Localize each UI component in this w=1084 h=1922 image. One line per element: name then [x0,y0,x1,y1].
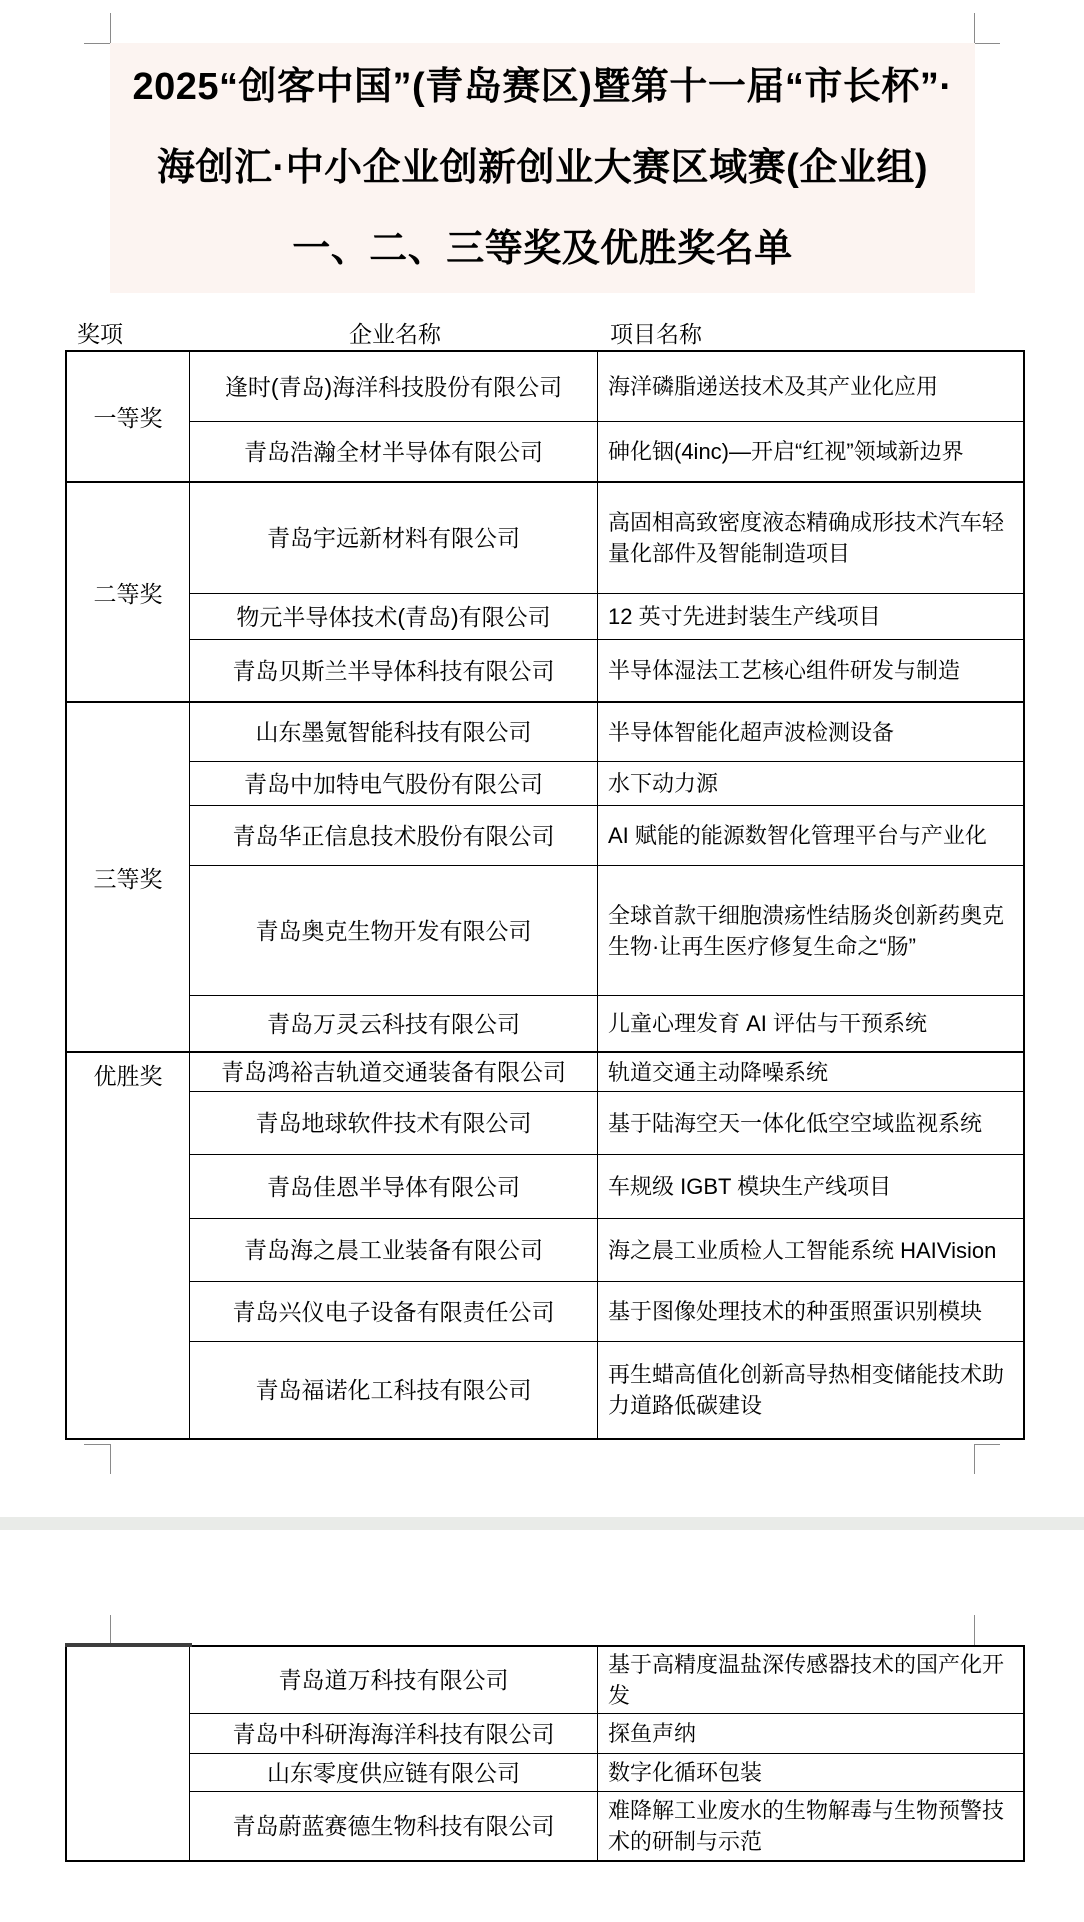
crop-mark-p1-top-right-v [974,13,975,43]
table-row: 青岛万灵云科技有限公司儿童心理发育 AI 评估与干预系统 [190,995,1023,1051]
award-group: 二等奖青岛宇远新材料有限公司高固相高致密度液态精确成形技术汽车轻量化部件及智能制… [67,481,1023,701]
project-cell: 基于高精度温盐深传感器技术的国产化开发 [598,1647,1023,1713]
table-row: 青岛兴仪电子设备有限责任公司基于图像处理技术的种蛋照蛋识别模块 [190,1281,1023,1341]
table-row: 青岛道万科技有限公司基于高精度温盐深传感器技术的国产化开发 [190,1647,1023,1713]
table-row: 青岛海之晨工业装备有限公司海之晨工业质检人工智能系统 HAIVision [190,1218,1023,1281]
project-cell: 车规级 IGBT 模块生产线项目 [598,1155,1023,1218]
company-cell: 逢时(青岛)海洋科技股份有限公司 [190,352,598,421]
project-cell: 水下动力源 [598,762,1023,805]
company-cell: 山东零度供应链有限公司 [190,1754,598,1791]
award-group-rows: 逢时(青岛)海洋科技股份有限公司海洋磷脂递送技术及其产业化应用青岛浩瀚全材半导体… [190,352,1023,481]
table-row: 青岛宇远新材料有限公司高固相高致密度液态精确成形技术汽车轻量化部件及智能制造项目 [190,483,1023,593]
project-cell: 数字化循环包装 [598,1754,1023,1791]
column-header-award: 奖项 [65,318,190,350]
project-cell: 儿童心理发育 AI 评估与干预系统 [598,996,1023,1051]
project-cell: 轨道交通主动降噪系统 [598,1053,1023,1091]
table-row: 青岛鸿裕吉轨道交通装备有限公司轨道交通主动降噪系统 [190,1053,1023,1091]
award-group-rows: 青岛鸿裕吉轨道交通装备有限公司轨道交通主动降噪系统青岛地球软件技术有限公司基于陆… [190,1053,1023,1438]
company-cell: 青岛宇远新材料有限公司 [190,483,598,593]
project-cell: 再生蜡高值化创新高导热相变储能技术助力道路低碳建设 [598,1342,1023,1438]
company-cell: 青岛浩瀚全材半导体有限公司 [190,422,598,481]
table-row: 青岛浩瀚全材半导体有限公司砷化铟(4inc)—开启“红视”领域新边界 [190,421,1023,481]
project-cell: 半导体湿法工艺核心组件研发与制造 [598,640,1023,701]
company-cell: 青岛中加特电气股份有限公司 [190,762,598,805]
company-cell: 青岛福诺化工科技有限公司 [190,1342,598,1438]
table-continuation-border-stub [65,1643,192,1647]
table-row: 逢时(青岛)海洋科技股份有限公司海洋磷脂递送技术及其产业化应用 [190,352,1023,421]
company-cell: 青岛兴仪电子设备有限责任公司 [190,1282,598,1341]
table-row: 山东墨氪智能科技有限公司半导体智能化超声波检测设备 [190,703,1023,761]
awards-table-page2: 青岛道万科技有限公司基于高精度温盐深传感器技术的国产化开发青岛中科研海海洋科技有… [65,1645,1025,1862]
crop-mark-p1-top-left-h [84,43,110,44]
title-line-1: 2025“创客中国”(青岛赛区)暨第十一届“市长杯”· [110,47,975,128]
table-row: 物元半导体技术(青岛)有限公司12 英寸先进封装生产线项目 [190,593,1023,639]
crop-mark-p1-bottom-right-h [974,1444,1000,1445]
crop-mark-p1-bottom-left-v [110,1444,111,1474]
company-cell: 物元半导体技术(青岛)有限公司 [190,594,598,639]
company-cell: 青岛地球软件技术有限公司 [190,1092,598,1154]
company-cell: 青岛华正信息技术股份有限公司 [190,806,598,865]
table-row: 山东零度供应链有限公司数字化循环包装 [190,1753,1023,1791]
project-cell: 基于陆海空天一体化低空空域监视系统 [598,1092,1023,1154]
project-cell: 全球首款干细胞溃疡性结肠炎创新药奥克生物·让再生医疗修复生命之“肠” [598,866,1023,995]
table-row: 青岛地球软件技术有限公司基于陆海空天一体化低空空域监视系统 [190,1091,1023,1154]
award-label-cell: 二等奖 [67,483,190,701]
column-header-company: 企业名称 [190,318,600,350]
title-line-3: 一、二、三等奖及优胜奖名单 [110,209,975,290]
table-row: 青岛中加特电气股份有限公司水下动力源 [190,761,1023,805]
company-cell: 青岛万灵云科技有限公司 [190,996,598,1051]
project-cell: 半导体智能化超声波检测设备 [598,703,1023,761]
company-cell: 青岛道万科技有限公司 [190,1647,598,1713]
column-header-project: 项目名称 [600,318,1025,350]
company-cell: 山东墨氪智能科技有限公司 [190,703,598,761]
award-group: 优胜奖青岛鸿裕吉轨道交通装备有限公司轨道交通主动降噪系统青岛地球软件技术有限公司… [67,1051,1023,1438]
award-group-rows: 山东墨氪智能科技有限公司半导体智能化超声波检测设备青岛中加特电气股份有限公司水下… [190,703,1023,1051]
company-cell: 青岛中科研海海洋科技有限公司 [190,1714,598,1753]
crop-mark-p2-top-right-v [974,1615,975,1645]
awards-table-page1: 一等奖逢时(青岛)海洋科技股份有限公司海洋磷脂递送技术及其产业化应用青岛浩瀚全材… [65,350,1025,1440]
project-cell: 海洋磷脂递送技术及其产业化应用 [598,352,1023,421]
crop-mark-p1-top-right-h [974,43,1000,44]
table-row: 青岛奥克生物开发有限公司全球首款干细胞溃疡性结肠炎创新药奥克生物·让再生医疗修复… [190,865,1023,995]
column-header-row: 奖项 企业名称 项目名称 [65,318,1025,350]
award-group: 青岛道万科技有限公司基于高精度温盐深传感器技术的国产化开发青岛中科研海海洋科技有… [67,1647,1023,1860]
document-page: 2025“创客中国”(青岛赛区)暨第十一届“市长杯”· 海创汇·中小企业创新创业… [0,0,1084,1922]
title-line-2: 海创汇·中小企业创新创业大赛区域赛(企业组) [110,128,975,209]
crop-mark-p1-top-left-v [110,13,111,43]
award-group-rows: 青岛道万科技有限公司基于高精度温盐深传感器技术的国产化开发青岛中科研海海洋科技有… [190,1647,1023,1860]
award-label-cell [67,1647,190,1860]
company-cell: 青岛贝斯兰半导体科技有限公司 [190,640,598,701]
project-cell: 难降解工业废水的生物解毒与生物预警技术的研制与示范 [598,1792,1023,1860]
table-row: 青岛佳恩半导体有限公司车规级 IGBT 模块生产线项目 [190,1154,1023,1218]
table-row: 青岛蔚蓝赛德生物科技有限公司难降解工业废水的生物解毒与生物预警技术的研制与示范 [190,1791,1023,1860]
crop-mark-p1-bottom-left-h [84,1444,110,1445]
project-cell: 基于图像处理技术的种蛋照蛋识别模块 [598,1282,1023,1341]
project-cell: 砷化铟(4inc)—开启“红视”领域新边界 [598,422,1023,481]
company-cell: 青岛奥克生物开发有限公司 [190,866,598,995]
project-cell: 海之晨工业质检人工智能系统 HAIVision [598,1219,1023,1281]
page-separator-band [0,1517,1084,1530]
crop-mark-p2-top-left-v [110,1615,111,1645]
title-block: 2025“创客中国”(青岛赛区)暨第十一届“市长杯”· 海创汇·中小企业创新创业… [110,43,975,293]
award-group: 一等奖逢时(青岛)海洋科技股份有限公司海洋磷脂递送技术及其产业化应用青岛浩瀚全材… [67,352,1023,481]
project-cell: 探鱼声纳 [598,1714,1023,1753]
company-cell: 青岛鸿裕吉轨道交通装备有限公司 [190,1053,598,1091]
award-label-cell: 一等奖 [67,352,190,481]
table-row: 青岛华正信息技术股份有限公司AI 赋能的能源数智化管理平台与产业化 [190,805,1023,865]
table-row: 青岛贝斯兰半导体科技有限公司半导体湿法工艺核心组件研发与制造 [190,639,1023,701]
company-cell: 青岛佳恩半导体有限公司 [190,1155,598,1218]
table-row: 青岛福诺化工科技有限公司再生蜡高值化创新高导热相变储能技术助力道路低碳建设 [190,1341,1023,1438]
award-group-rows: 青岛宇远新材料有限公司高固相高致密度液态精确成形技术汽车轻量化部件及智能制造项目… [190,483,1023,701]
table-row: 青岛中科研海海洋科技有限公司探鱼声纳 [190,1713,1023,1753]
crop-mark-p1-bottom-right-v [974,1444,975,1474]
project-cell: 12 英寸先进封装生产线项目 [598,594,1023,639]
award-label-cell: 三等奖 [67,703,190,1051]
award-label-cell: 优胜奖 [67,1053,190,1438]
company-cell: 青岛海之晨工业装备有限公司 [190,1219,598,1281]
award-group: 三等奖山东墨氪智能科技有限公司半导体智能化超声波检测设备青岛中加特电气股份有限公… [67,701,1023,1051]
company-cell: 青岛蔚蓝赛德生物科技有限公司 [190,1792,598,1860]
project-cell: AI 赋能的能源数智化管理平台与产业化 [598,806,1023,865]
project-cell: 高固相高致密度液态精确成形技术汽车轻量化部件及智能制造项目 [598,483,1023,593]
